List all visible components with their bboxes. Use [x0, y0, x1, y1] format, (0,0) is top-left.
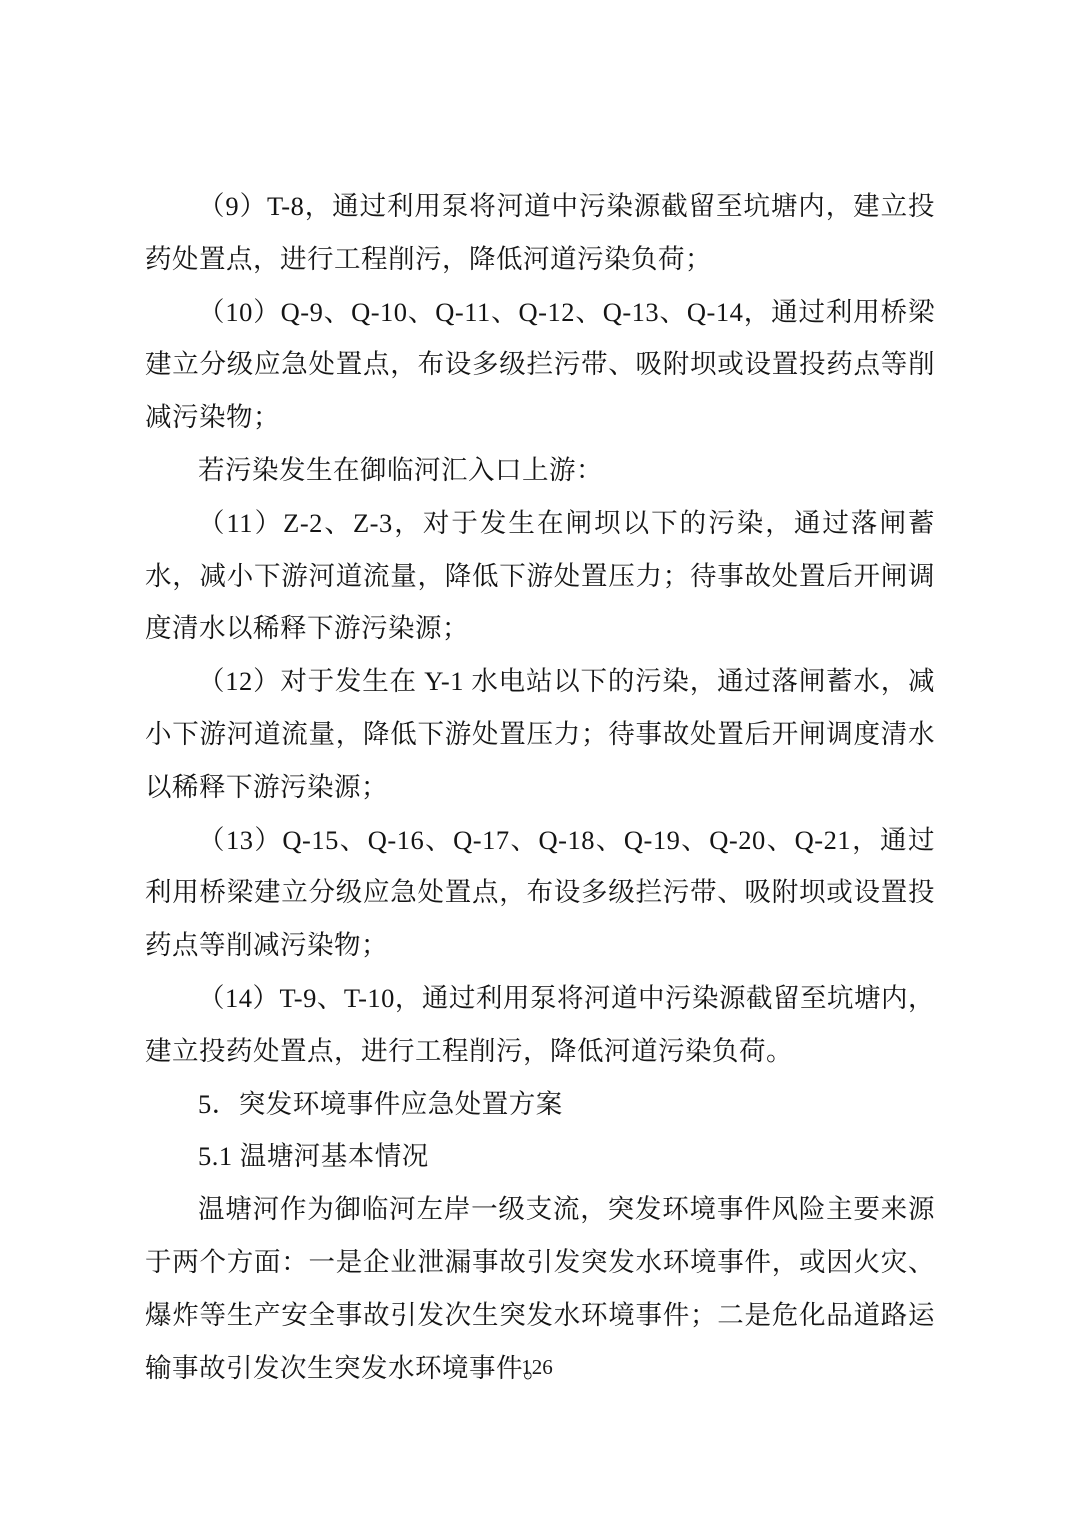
document-body: （9）T-8，通过利用泵将河道中污染源截留至坑塘内，建立投药处置点，进行工程削污… — [145, 180, 935, 1394]
paragraph: 5．突发环境事件应急处置方案 — [145, 1078, 935, 1131]
paragraph: 5.1 温塘河基本情况 — [145, 1130, 935, 1183]
paragraph: （13）Q-15、Q-16、Q-17、Q-18、Q-19、Q-20、Q-21，通… — [145, 814, 935, 972]
paragraph: （11）Z-2、Z-3，对于发生在闸坝以下的污染，通过落闸蓄水，减小下游河道流量… — [145, 497, 935, 655]
paragraph: （12）对于发生在 Y-1 水电站以下的污染，通过落闸蓄水，减小下游河道流量，降… — [145, 655, 935, 813]
document-page: （9）T-8，通过利用泵将河道中污染源截留至坑塘内，建立投药处置点，进行工程削污… — [0, 0, 1074, 1520]
paragraph: （10）Q-9、Q-10、Q-11、Q-12、Q-13、Q-14，通过利用桥梁建… — [145, 286, 935, 444]
page-number: 126 — [0, 1352, 1074, 1382]
paragraph: （9）T-8，通过利用泵将河道中污染源截留至坑塘内，建立投药处置点，进行工程削污… — [145, 180, 935, 286]
paragraph: 若污染发生在御临河汇入口上游： — [145, 444, 935, 497]
paragraph: （14）T-9、T-10，通过利用泵将河道中污染源截留至坑塘内，建立投药处置点，… — [145, 972, 935, 1078]
